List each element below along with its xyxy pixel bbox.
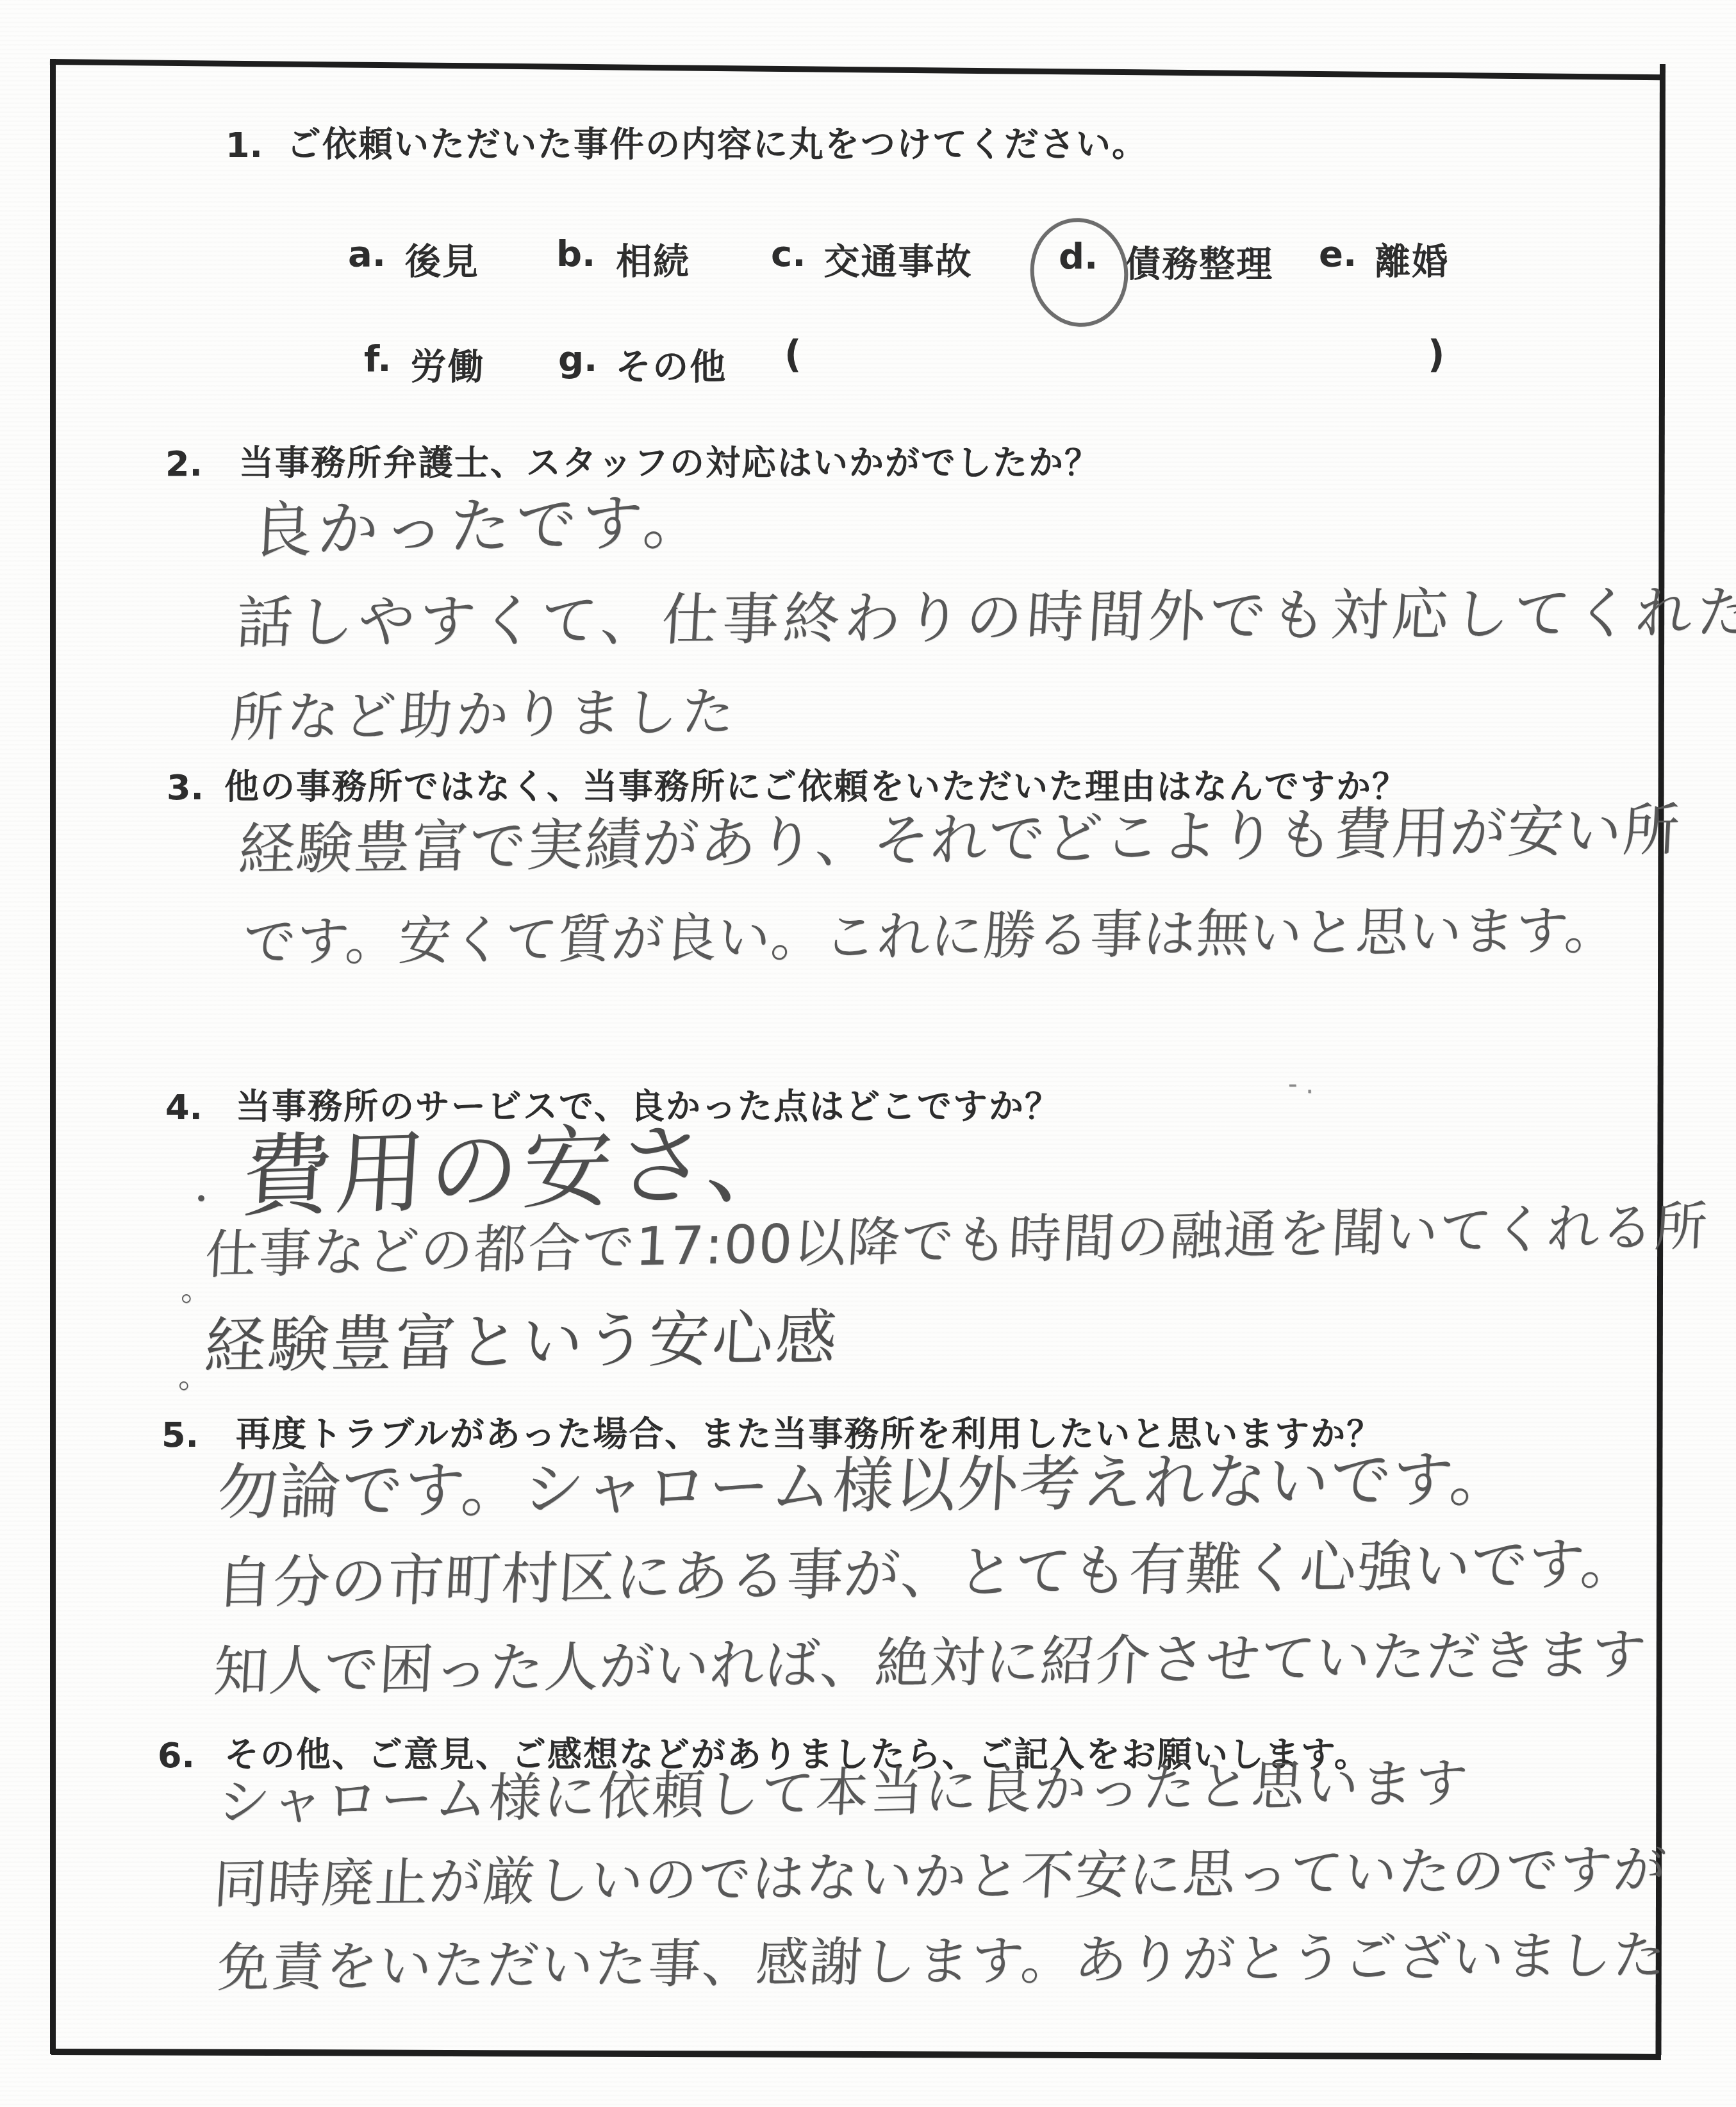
handwritten-answer-q2-line1: 良かったです。 bbox=[250, 492, 710, 562]
option-f-letter: f. bbox=[364, 338, 392, 380]
question-6-number: 6. bbox=[158, 1735, 195, 1776]
border-line-bottom bbox=[51, 2049, 1661, 2060]
option-g: g. その他 bbox=[558, 338, 727, 390]
stray-pen-mark: - . bbox=[1288, 1072, 1314, 1097]
question-3-title: 他の事務所ではなく、当事務所にご依頼をいただいた理由はなんですか？ bbox=[224, 767, 1408, 807]
option-g-label: その他 bbox=[615, 338, 727, 390]
option-f-label: 労働 bbox=[411, 338, 485, 390]
handwritten-answer-q5-line3: 知人で困った人がいれば、絶対に紹介させていただきます bbox=[212, 1628, 1648, 1699]
question-1-number: 1. bbox=[226, 125, 263, 165]
option-c-label: 交通事故 bbox=[823, 233, 972, 285]
option-f: f. 労働 bbox=[364, 338, 485, 390]
bullet-marker-1: ・ bbox=[185, 1183, 218, 1217]
option-a: a. 後見 bbox=[348, 233, 479, 285]
handwritten-answer-q3-line1: 経験豊富で実績があり、それでどこよりも費用が安い所 bbox=[237, 802, 1682, 878]
question-2-number: 2. bbox=[165, 444, 203, 484]
handwritten-answer-q2-line2: 話しやすくて、仕事終わりの時間外でも対応してくれた bbox=[235, 584, 1736, 651]
border-line-top bbox=[50, 59, 1664, 80]
option-b-letter: b. bbox=[556, 233, 595, 275]
question-3-number: 3. bbox=[167, 767, 204, 808]
question-2-title: 当事務所弁護士、スタッフの対応はいかがでしたか？ bbox=[239, 444, 1100, 483]
option-a-label: 後見 bbox=[405, 233, 479, 285]
scanned-survey-page: 1. ご依頼いただいた事件の内容に丸をつけてください。 a. 後見 b. 相続 … bbox=[0, 0, 1736, 2107]
option-b: b. 相続 bbox=[556, 233, 690, 285]
question-4-number: 4. bbox=[165, 1087, 203, 1128]
option-c-letter: c. bbox=[771, 233, 806, 275]
other-paren-open: ( bbox=[784, 333, 803, 376]
option-b-label: 相続 bbox=[616, 233, 690, 285]
border-line-left bbox=[50, 59, 56, 2054]
border-line-right bbox=[1655, 64, 1666, 2055]
option-g-letter: g. bbox=[558, 338, 597, 380]
other-paren-close: ) bbox=[1428, 333, 1446, 376]
option-e-label: 離婚 bbox=[1375, 233, 1449, 285]
option-e-letter: e. bbox=[1319, 233, 1357, 275]
option-d-label: 債務整理 bbox=[1125, 236, 1273, 287]
handwritten-answer-q6-line3: 免責をいただいた事、感謝します。ありがとうございました bbox=[216, 1929, 1668, 1995]
handwritten-answer-q5-line2: 自分の市町村区にある事が、とても有難く心強いです。 bbox=[215, 1535, 1639, 1611]
option-a-letter: a. bbox=[348, 233, 386, 275]
option-e: e. 離婚 bbox=[1319, 233, 1449, 285]
handwritten-answer-q3-line2: です。安くて質が良い。これに勝る事は無いと思います。 bbox=[242, 904, 1619, 969]
question-1-title: ご依頼いただいた事件の内容に丸をつけてください。 bbox=[286, 125, 1148, 165]
question-5-number: 5. bbox=[161, 1415, 199, 1455]
handwritten-bullet-1: 費用の安さ、 bbox=[240, 1118, 802, 1224]
handwritten-answer-q5-line1: 勿論です。シャローム様以外考えれないです。 bbox=[215, 1449, 1513, 1524]
handwritten-bullet-3: 経験豊富という安心感 bbox=[203, 1308, 841, 1378]
circle-annotation-option-d bbox=[1021, 210, 1136, 335]
handwritten-answer-q2-line3: 所など助かりました bbox=[229, 686, 740, 745]
handwritten-answer-q6-line2: 同時廃止が厳しいのではないかと不安に思っていたのですが bbox=[212, 1844, 1669, 1911]
option-c: c. 交通事故 bbox=[771, 233, 972, 285]
